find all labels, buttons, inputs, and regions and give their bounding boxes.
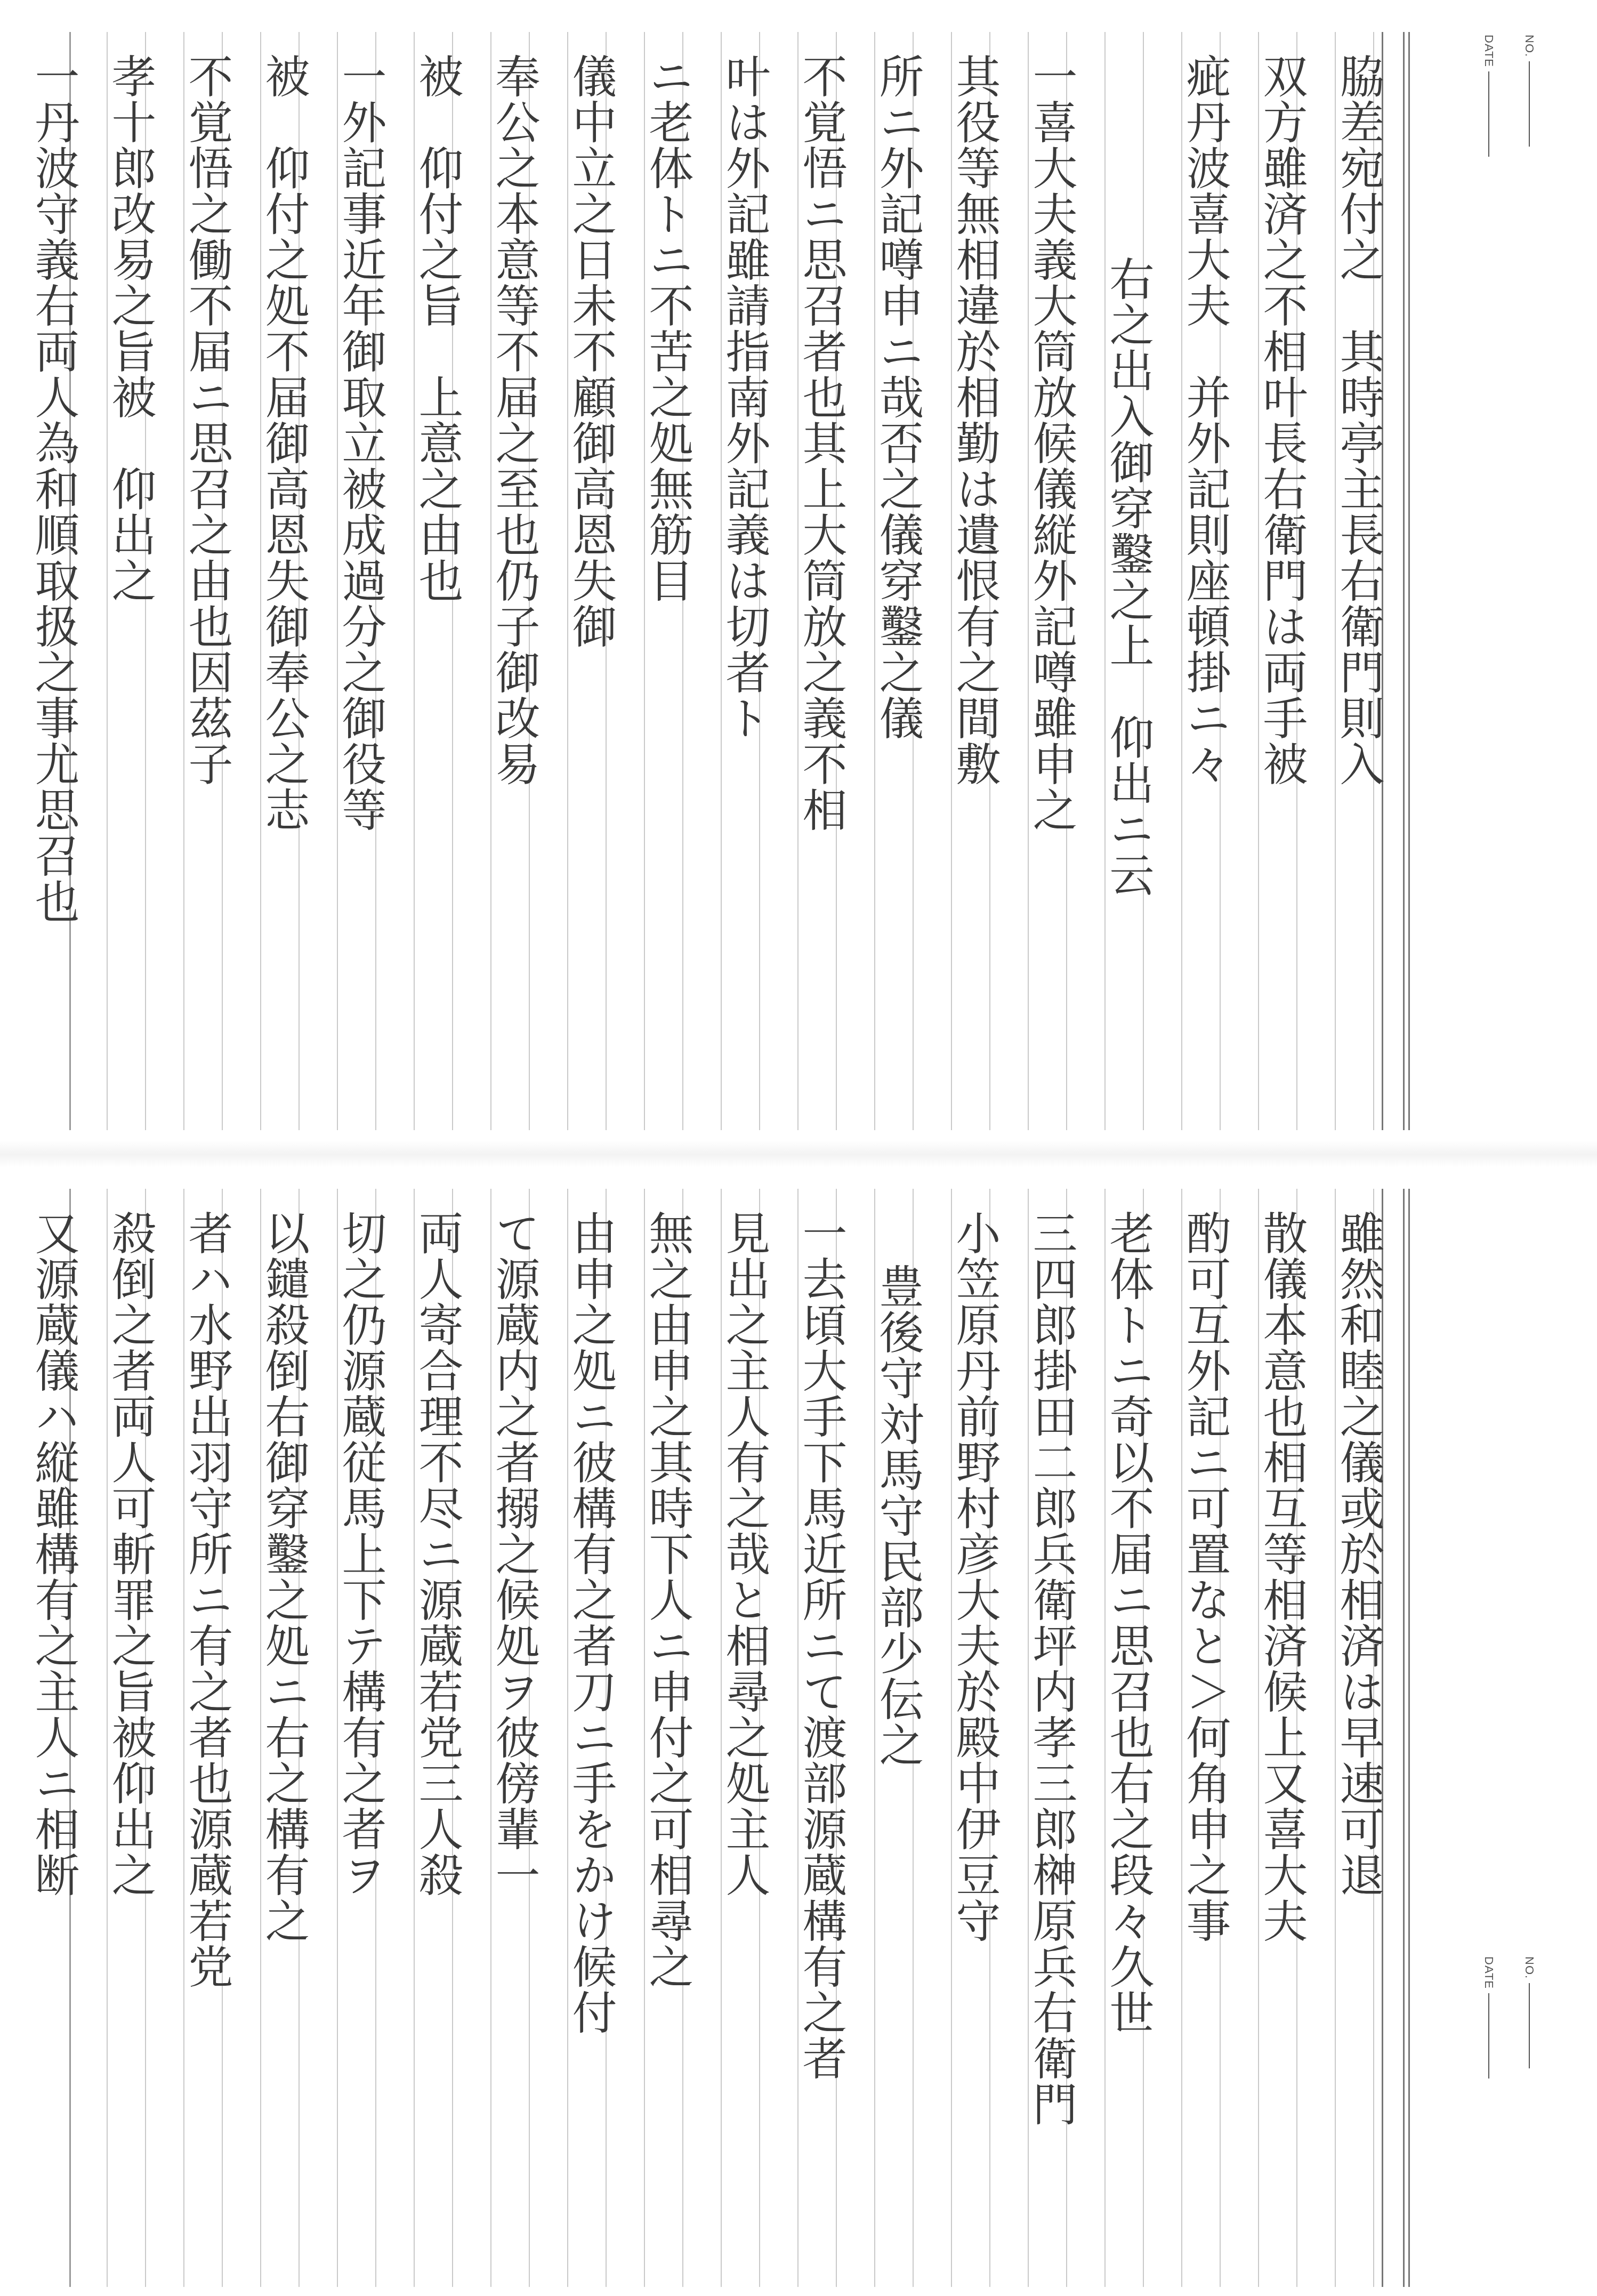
text-column: 不覚悟ニ思召者也其上大筒放之義不相 <box>783 53 860 924</box>
text-column: 由申之処ニ彼構有之者刀ニ手をかけ候付 <box>553 1210 630 2127</box>
page-header-fields: NO. DATE <box>1482 35 1536 157</box>
text-column: 殺倒之者両人可斬罪之旨被仰出之 <box>92 1210 169 2127</box>
no-label: NO. <box>1522 1956 1536 1979</box>
text-column: 以鑓殺倒右御穿鑿之処ニ右之構有之 <box>246 1210 322 2127</box>
text-column: 不覚悟之働不届ニ思召之由也因茲子 <box>169 53 246 924</box>
no-underline <box>1529 1983 1530 2068</box>
text-column: 雖然和睦之儀或於相済は早速可退 <box>1320 1210 1397 2127</box>
date-field: DATE <box>1482 35 1496 157</box>
margin-double-line <box>1408 1189 1410 2287</box>
text-column: 小笠原丹前野村彦大夫於殿中伊豆守 <box>937 1210 1013 2127</box>
margin-double-line <box>1403 32 1405 1130</box>
text-column: 疵丹波喜大夫 并外記則座頓掛ニ々 <box>1167 53 1244 924</box>
text-column: 両人寄合理不尽ニ源蔵若党三人殺 <box>399 1210 476 2127</box>
text-column: 一喜大夫義大筒放候儀縦外記噂雖申之 <box>1013 53 1090 924</box>
text-column: 一外記事近年御取立被成過分之御役等 <box>322 53 399 924</box>
text-column: 所ニ外記噂申ニ哉否之儀穿鑿之儀 <box>860 53 937 924</box>
text-column: 一丹波守義右両人為和順取扱之事尤思召也 <box>15 53 92 924</box>
text-column: 双方雖済之不相叶長右衛門は両手被 <box>1244 53 1320 924</box>
text-column: 奉公之本意等不届之至也仍子御改易 <box>476 53 553 924</box>
text-column: 右之出入御穿鑿之上 仰出ニ云 <box>1090 53 1167 924</box>
notebook-page-top: NO. DATE 脇差宛付之 其時亭主長右衛門則入 双方雖済之不相叶長右衛門は両… <box>0 0 1597 1141</box>
date-label: DATE <box>1482 35 1496 67</box>
margin-double-line <box>1408 32 1410 1130</box>
text-column: 三四郎掛田二郎兵衛坪内孝三郎榊原兵右衛門 <box>1013 1210 1090 2127</box>
no-underline <box>1529 61 1530 147</box>
text-column: 孝十郎改易之旨被 仰出之 <box>92 53 169 924</box>
margin-double-line <box>1403 1189 1405 2287</box>
text-column: 又源蔵儀ハ縦雖構有之主人ニ相断 <box>15 1210 92 2127</box>
text-column: 被 仰付之旨 上意之由也 <box>399 53 476 924</box>
text-column: 切之仍源蔵従馬上下テ構有之者ヲ <box>322 1210 399 2127</box>
no-label: NO. <box>1522 35 1536 57</box>
text-column: 見出之主人有之哉と相尋之処主人 <box>706 1210 783 2127</box>
date-field: DATE <box>1482 1956 1496 2079</box>
no-field: NO. <box>1522 1956 1536 2079</box>
text-column: 一去頃大手下馬近所ニて渡部源蔵構有之者 <box>783 1210 860 2127</box>
text-column: 散儀本意也相互等相済候上又喜大夫 <box>1244 1210 1320 2127</box>
date-underline <box>1488 71 1489 157</box>
text-column: 被 仰付之処不届御高恩失御奉公之志 <box>246 53 322 924</box>
text-column: 者ハ水野出羽守所ニ有之者也源蔵若党 <box>169 1210 246 2127</box>
page-header-fields: NO. DATE <box>1482 1956 1536 2079</box>
text-columns-bottom: 雖然和睦之儀或於相済は早速可退 散儀本意也相互等相済候上又喜大夫 酌可互外記ニ可… <box>15 1210 1397 2127</box>
notebook-page-bottom: NO. DATE 雖然和睦之儀或於相済は早速可退 散儀本意也相互等相済候上又喜大… <box>0 1167 1597 2296</box>
page-separator <box>0 1141 1597 1167</box>
date-underline <box>1488 1993 1489 2079</box>
text-column: 脇差宛付之 其時亭主長右衛門則入 <box>1320 53 1397 924</box>
text-columns-top: 脇差宛付之 其時亭主長右衛門則入 双方雖済之不相叶長右衛門は両手被 疵丹波喜大夫… <box>15 53 1397 924</box>
text-column: て源蔵内之者搦之候処ヲ彼傍輩一 <box>476 1210 553 2127</box>
text-column: 無之由申之其時下人ニ申付之可相尋之 <box>630 1210 706 2127</box>
date-label: DATE <box>1482 1956 1496 1989</box>
text-column: 老体トニ奇以不届ニ思召也右之段々久世 <box>1090 1210 1167 2127</box>
text-column: 其役等無相違於相勤は遺恨有之間敷 <box>937 53 1013 924</box>
no-field: NO. <box>1522 35 1536 157</box>
text-column: 豊後守対馬守民部少伝之 <box>860 1210 937 2127</box>
text-column: 儀中立之日未不顧御高恩失御 <box>553 53 630 924</box>
text-column: 酌可互外記ニ可置なと＞何角申之事 <box>1167 1210 1244 2127</box>
text-column: ニ老体トニ不苦之処無筋目 <box>630 53 706 924</box>
text-column: 叶は外記雖請指南外記義は切者ト <box>706 53 783 924</box>
